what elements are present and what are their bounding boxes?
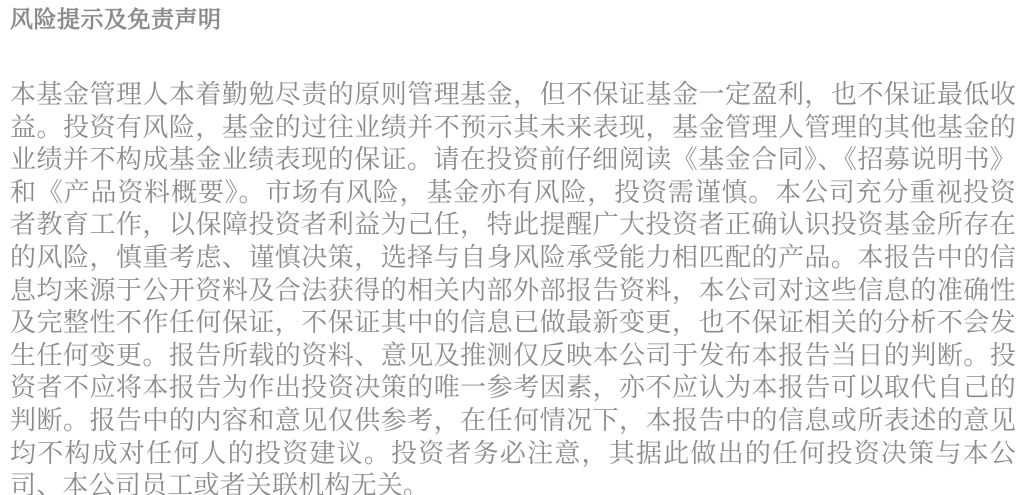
disclaimer-paragraph: 本基金管理人本着勤勉尽责的原则管理基金，但不保证基金一定盈利，也不保证最低收益。… <box>10 78 1016 495</box>
page-title: 风险提示及免责声明 <box>10 5 1016 33</box>
disclaimer-page: 风险提示及免责声明 本基金管理人本着勤勉尽责的原则管理基金，但不保证基金一定盈利… <box>0 0 1024 495</box>
